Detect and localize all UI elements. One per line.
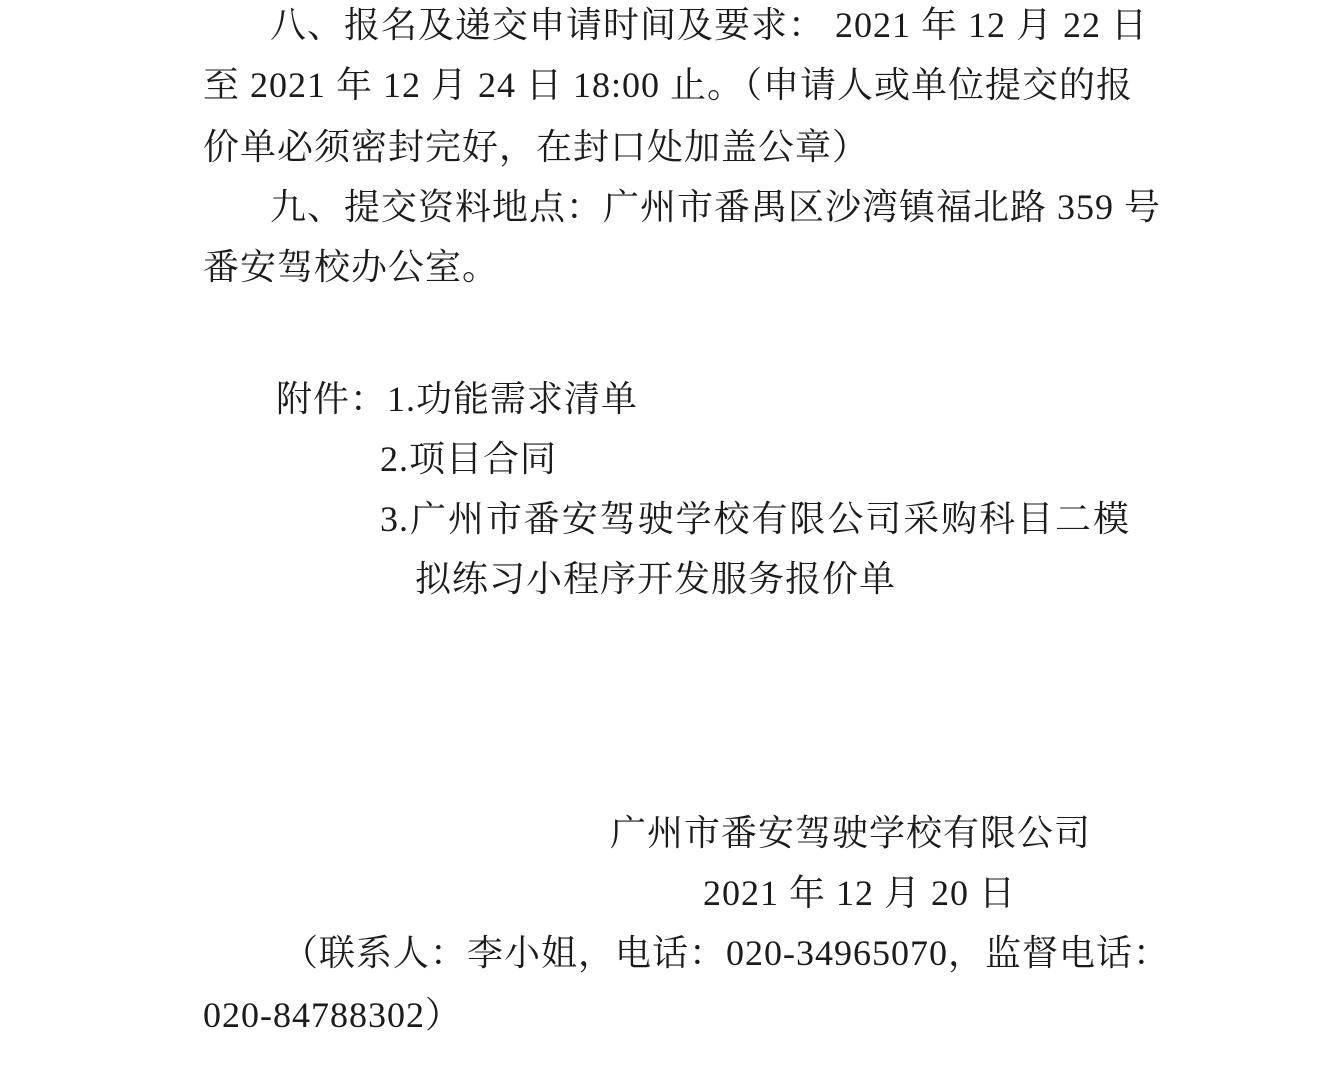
attachment-item2: 2.项目合同	[380, 438, 557, 481]
document-page: 八、报名及递交申请时间及要求： 2021 年 12 月 22 日 至 2021 …	[0, 0, 1324, 1072]
section8-deadline-line2: 至 2021 年 12 月 24 日 18:00 止。（申请人或单位提交的报	[203, 64, 1130, 107]
signature-date: 2021 年 12 月 20 日	[703, 872, 1016, 915]
section8-deadline-line1: 八、报名及递交申请时间及要求： 2021 年 12 月 22 日	[270, 4, 1130, 47]
attachment-item3-line1: 3.广州市番安驾驶学校有限公司采购科目二模	[380, 498, 1130, 541]
contact-info-line2: 020-84788302）	[203, 994, 462, 1037]
section8-deadline-line3: 价单必须密封完好，在封口处加盖公章）	[203, 126, 869, 169]
signature-company-name: 广州市番安驾驶学校有限公司	[610, 812, 1091, 855]
section9-location-line2: 番安驾校办公室。	[203, 246, 499, 289]
attachment-item3-line2: 拟练习小程序开发服务报价单	[415, 558, 896, 601]
attachments-label-and-item1: 附件：1.功能需求清单	[276, 378, 638, 421]
section9-location-line1: 九、提交资料地点：广州市番禺区沙湾镇福北路 359 号	[270, 186, 1130, 229]
contact-info-line1: （联系人：李小姐，电话：020-34965070，监督电话：	[282, 932, 1170, 975]
